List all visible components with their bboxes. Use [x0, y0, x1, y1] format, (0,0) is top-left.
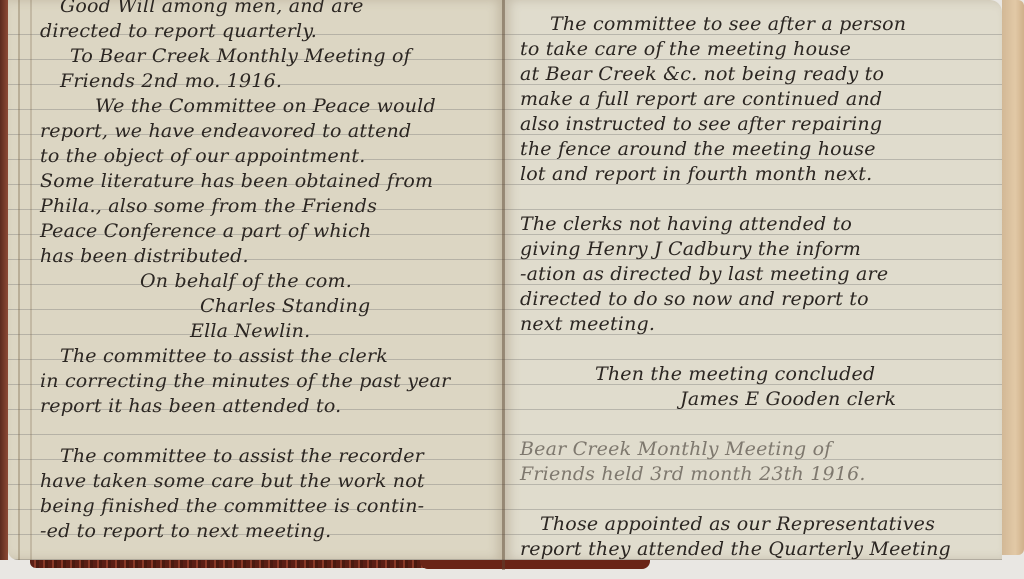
handwritten-line: also instructed to see after repairing [520, 112, 951, 137]
handwritten-line: directed to report quarterly. [40, 19, 450, 44]
handwritten-line: to take care of the meeting house [520, 37, 951, 62]
signature-line: On behalf of the com. [40, 269, 450, 294]
handwritten-line: To Bear Creek Monthly Meeting of [40, 44, 450, 69]
handwritten-line: report they attended the Quarterly Meeti… [520, 537, 951, 562]
handwritten-line: Peace Conference a part of which [40, 219, 450, 244]
handwritten-line: Those appointed as our Representatives [520, 512, 951, 537]
book-cover-left-edge [0, 0, 8, 560]
right-page-text: The committee to see after a person to t… [520, 12, 951, 562]
signature-name: Charles Standing [40, 294, 450, 319]
handwritten-line: directed to do so now and report to [520, 287, 951, 312]
handwritten-line: -ation as directed by last meeting are [520, 262, 951, 287]
handwritten-line: The clerks not having attended to [520, 212, 951, 237]
handwritten-line: in correcting the minutes of the past ye… [40, 369, 450, 394]
blank-line [520, 337, 951, 362]
book-gutter [502, 0, 505, 570]
handwritten-line: We the Committee on Peace would [40, 94, 450, 119]
handwritten-line: to the object of our appointment. [40, 144, 450, 169]
handwritten-line: the fence around the meeting house [520, 137, 951, 162]
handwritten-line: at Bear Creek &c. not being ready to [520, 62, 951, 87]
handwritten-line: Good Will among men, and are [40, 0, 450, 19]
faded-heading-line: Friends held 3rd month 23th 1916. [520, 462, 951, 487]
left-page-text: Good Will among men, and are directed to… [40, 0, 450, 544]
handwritten-line: The committee to assist the clerk [40, 344, 450, 369]
handwritten-line: report it has been attended to. [40, 394, 450, 419]
handwritten-line: The committee to assist the recorder [40, 444, 450, 469]
handwritten-line: Friends 2nd mo. 1916. [40, 69, 450, 94]
handwritten-line: The committee to see after a person [520, 12, 951, 37]
blank-line [520, 487, 951, 512]
faded-heading-line: Bear Creek Monthly Meeting of [520, 437, 951, 462]
clerk-signature: James E Gooden clerk [520, 387, 951, 412]
handwritten-line: Some literature has been obtained from [40, 169, 450, 194]
closing-line: Then the meeting concluded [520, 362, 951, 387]
handwritten-line: report, we have endeavored to attend [40, 119, 450, 144]
handwritten-line: have taken some care but the work not [40, 469, 450, 494]
handwritten-line: has been distributed. [40, 244, 450, 269]
handwritten-line: giving Henry J Cadbury the inform [520, 237, 951, 262]
handwritten-line: next meeting. [520, 312, 951, 337]
blank-line [520, 412, 951, 437]
blank-line [40, 419, 450, 444]
handwritten-line: -ed to report to next meeting. [40, 519, 450, 544]
page-stack-edge [1002, 0, 1024, 555]
blank-line [520, 187, 951, 212]
signature-name: Ella Newlin. [40, 319, 450, 344]
open-ledger-book: Good Will among men, and are directed to… [0, 0, 1024, 579]
handwritten-line: make a full report are continued and [520, 87, 951, 112]
handwritten-line: being finished the committee is contin- [40, 494, 450, 519]
handwritten-line: Phila., also some from the Friends [40, 194, 450, 219]
handwritten-line: lot and report in fourth month next. [520, 162, 951, 187]
